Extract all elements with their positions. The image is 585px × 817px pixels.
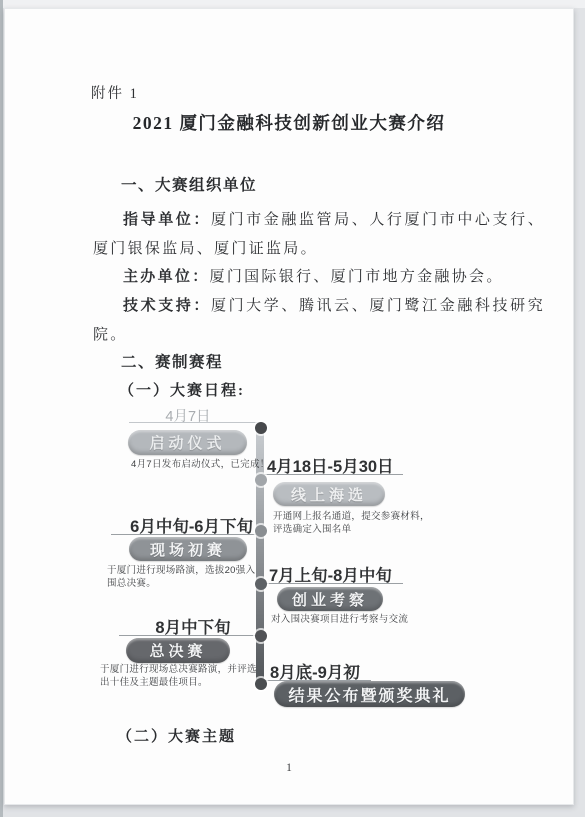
date-underline <box>129 422 261 423</box>
event-stage-badge: 现场初赛 <box>129 537 247 561</box>
attachment-label: 附件 1 <box>91 82 139 103</box>
document-page: 附件 1 2021 厦门金融科技创新创业大赛介绍 一、大赛组织单位 指导单位：厦… <box>4 8 574 805</box>
event-description: 于厦门进行现场总决赛路演，并评选出十佳及主题最佳项目。 <box>100 664 262 689</box>
date-underline <box>111 534 261 535</box>
event-description: 对入围决赛项目进行考察与交流 <box>271 614 443 627</box>
event-stage-badge: 总决赛 <box>126 638 230 663</box>
date-underline <box>119 635 261 636</box>
event-description: 4月7日发布启动仪式，已完成！ <box>131 459 270 472</box>
paragraph-guidance-units: 指导单位：厦门市金融监管局、人行厦门市中心支行、厦门银保监局、厦门证监局。 <box>93 206 545 263</box>
timeline-dot <box>255 630 267 642</box>
paragraph-label: 技术支持： <box>123 298 211 314</box>
paragraph-host-units: 主办单位：厦门国际银行、厦门市地方金融协会。 <box>93 263 545 292</box>
paragraph-tech-support: 技术支持：厦门大学、腾讯云、厦门鹭江金融科技研究院。 <box>93 292 545 349</box>
timeline-dot <box>255 578 267 590</box>
event-description: 于厦门进行现场路演，选拔20强入围总决赛。 <box>107 565 265 590</box>
subsection-heading-theme: （二）大赛主题 <box>117 725 236 746</box>
paragraph-text: 厦门国际银行、厦门市地方金融协会。 <box>210 269 504 285</box>
event-stage-badge: 线上海选 <box>273 482 385 506</box>
timeline-dot <box>255 525 267 537</box>
page-number: 1 <box>5 762 573 774</box>
event-stage-badge: 结果公布暨颁奖典礼 <box>274 681 465 707</box>
schedule-timeline: 4月7日 启动仪式 4月7日发布启动仪式，已完成！ 4月18日-5月30日 线上… <box>5 403 575 718</box>
event-stage-badge: 启动仪式 <box>128 430 247 455</box>
timeline-dot <box>255 422 267 434</box>
document-title: 2021 厦门金融科技创新创业大赛介绍 <box>5 110 573 135</box>
subsection-heading-agenda: （一）大赛日程: <box>119 379 245 400</box>
timeline-dot <box>255 474 267 486</box>
section-heading-schedule: 二、赛制赛程 <box>121 350 223 372</box>
event-description: 开通网上报名通道，提交参赛材料，评选确定入围名单 <box>273 511 431 536</box>
date-underline <box>263 583 403 584</box>
scan-top-margin <box>0 0 585 8</box>
timeline-dot <box>255 678 267 690</box>
paragraph-label: 指导单位： <box>123 212 211 228</box>
section-heading-organizers: 一、大赛组织单位 <box>121 173 257 195</box>
date-underline <box>263 474 403 475</box>
scan-left-edge <box>0 0 3 817</box>
paragraph-label: 主办单位： <box>123 269 210 285</box>
event-stage-badge: 创业考察 <box>277 587 383 611</box>
